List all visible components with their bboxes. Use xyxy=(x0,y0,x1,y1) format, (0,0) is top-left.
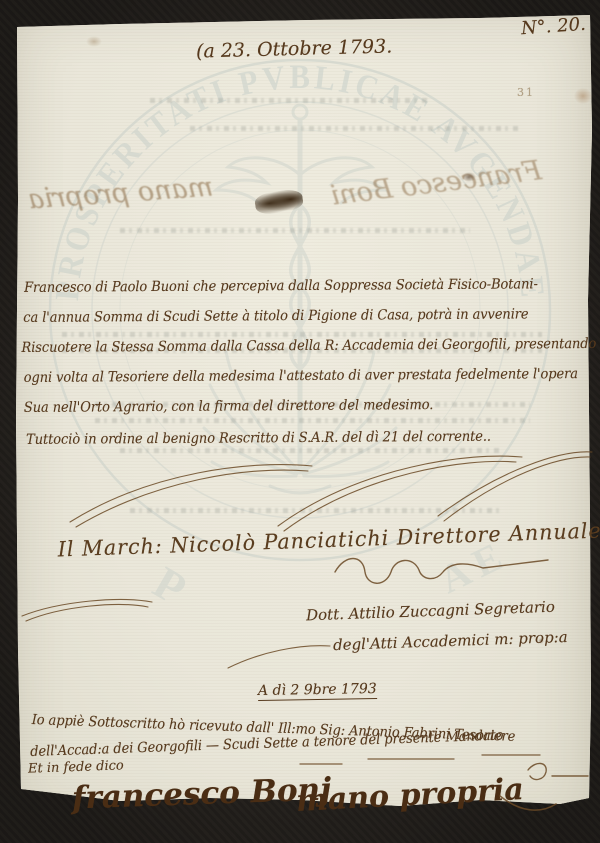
manuscript-paper xyxy=(0,0,600,843)
